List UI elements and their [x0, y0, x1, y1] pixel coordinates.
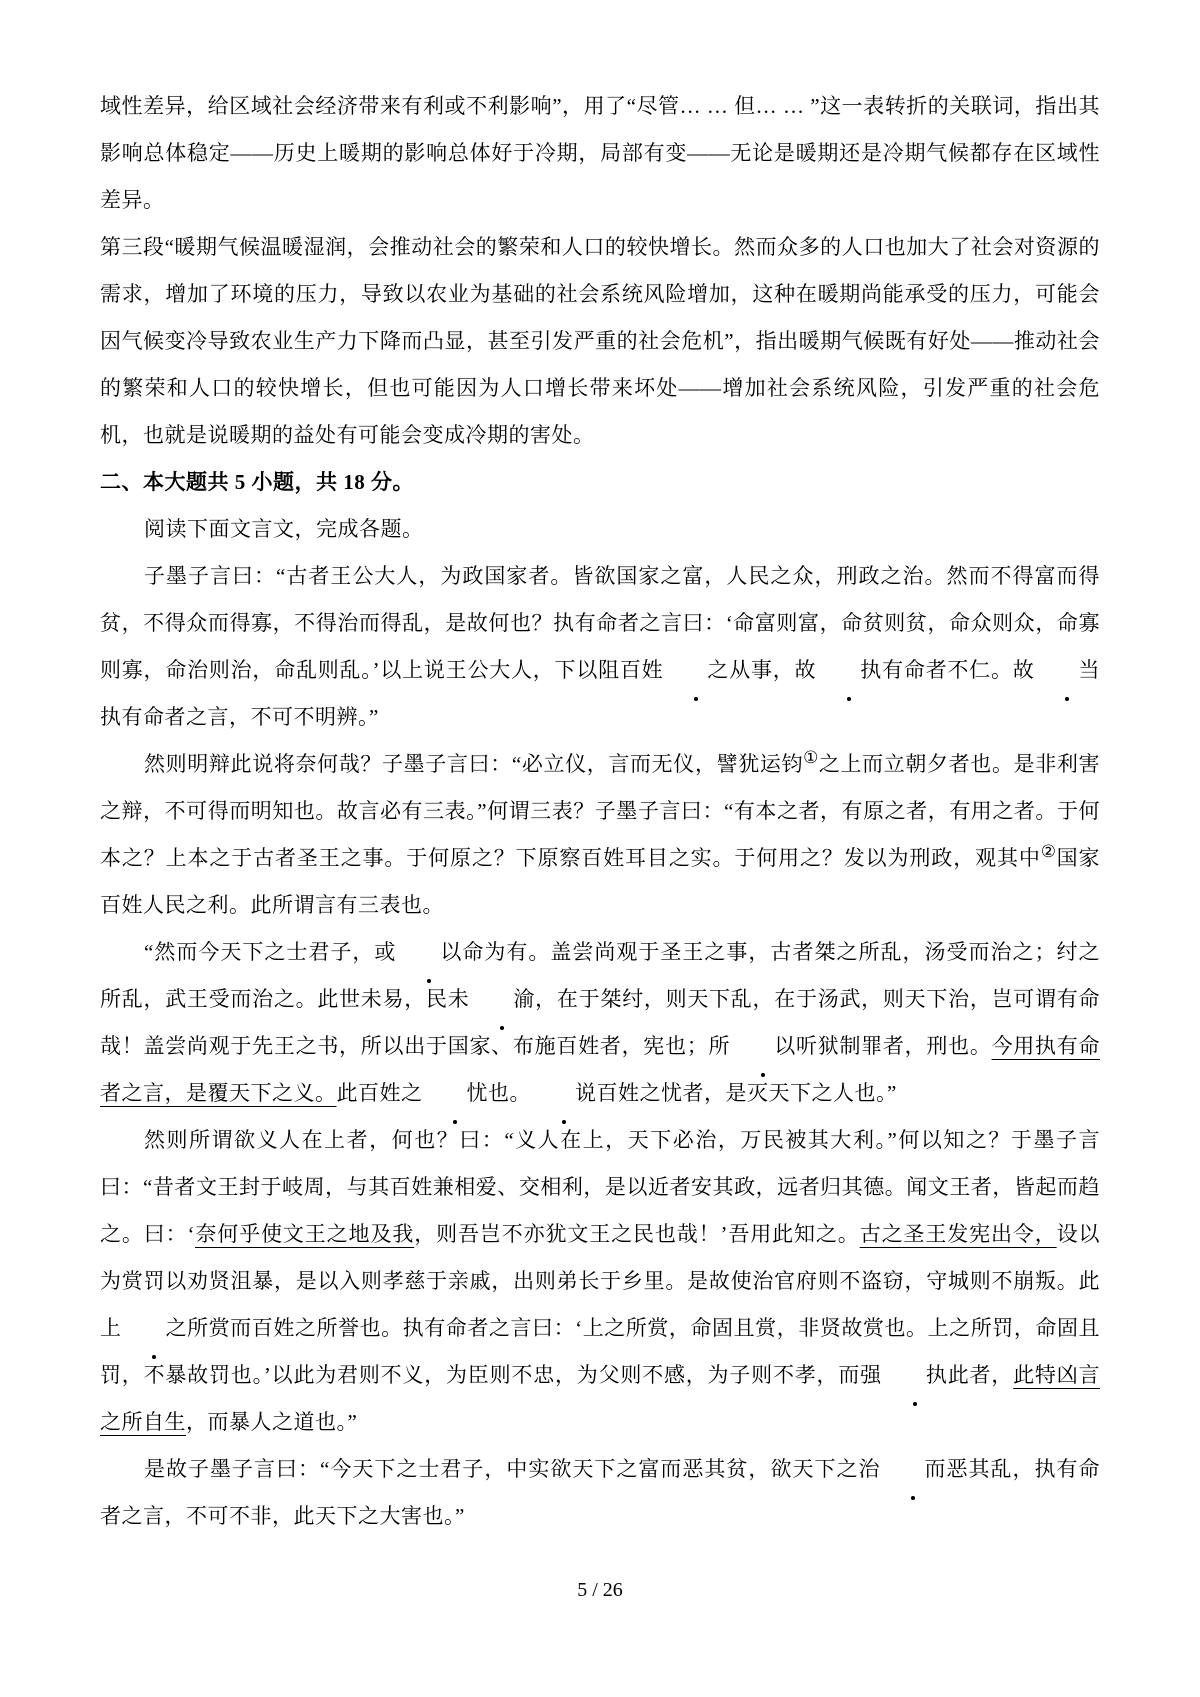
underlined-phrase: 奈何乎使文王之地及我 — [195, 1222, 414, 1246]
emphasized-char: 以 — [730, 1023, 796, 1070]
text-segment: 域性差异，给区域社会经济带来有利或不利影响”，用了“尽管… … 但… … ”这一… — [100, 94, 1100, 212]
text-segment: 执有命者之言，不可不明辨。” — [100, 705, 379, 729]
text-segment: 此者， — [947, 1363, 1013, 1387]
emphasized-char: 之 — [122, 1305, 188, 1352]
emphasized-char: 之 — [663, 647, 729, 694]
text-segment: 是故子墨子言曰：“今天下之士君子，中实欲天下之富而恶其贫，欲天下之治 — [144, 1457, 880, 1481]
paragraph: 是故子墨子言曰：“今天下之士君子，中实欲天下之富而恶其贫，欲天下之治而恶其乱，执… — [100, 1446, 1100, 1540]
emphasized-char: 渝 — [469, 976, 535, 1023]
text-segment: “然而今天下之士君子，或 — [144, 940, 396, 964]
text-segment: ，则吾岂不亦犹文王之民也哉！’吾用此知之。 — [414, 1222, 859, 1246]
paragraph: 第三段“暖期气候温暖湿润，会推动社会的繁荣和人口的较快增长。然而众多的人口也加大… — [100, 224, 1100, 459]
paragraph: 子墨子言曰：“古者王公大人，为政国家者。皆欲国家之富，人民之众，刑政之治。然而不… — [100, 553, 1100, 741]
text-segment: 有命者不仁。故 — [882, 658, 1035, 682]
text-segment: 从事，故 — [729, 658, 816, 682]
paragraph: 然则明辩此说将奈何哉？子墨子言曰：“必立仪，言而无仪，譬犹运钧①之上而立朝夕者也… — [100, 741, 1100, 929]
page-number: 5 / 26 — [0, 1575, 1200, 1605]
modern-text-block: 域性差异，给区域社会经济带来有利或不利影响”，用了“尽管… … 但… … ”这一… — [100, 83, 1100, 459]
footnote-marker: ① — [803, 748, 819, 767]
text-segment: 听狱制罪者，刑也。 — [796, 1034, 992, 1058]
paragraph: 域性差异，给区域社会经济带来有利或不利影响”，用了“尽管… … 但… … ”这一… — [100, 83, 1100, 224]
text-segment: ，而暴人之道也。” — [186, 1410, 357, 1434]
text-content: 域性差异，给区域社会经济带来有利或不利影响”，用了“尽管… … 但… … ”这一… — [100, 83, 1100, 1540]
text-segment: 百姓之忧者，是灭天下之人也。” — [597, 1081, 897, 1105]
underlined-phrase: 古之圣王发宪出令， — [860, 1222, 1057, 1246]
emphasized-char: 执 — [882, 1352, 948, 1399]
text-segment: 第三段“暖期气候温暖湿润，会推动社会的繁荣和人口的较快增长。然而众多的人口也加大… — [100, 235, 1100, 447]
footnote-marker: ② — [1041, 842, 1057, 861]
emphasized-char: 当 — [1035, 647, 1101, 694]
emphasized-char: 以 — [396, 929, 462, 976]
classical-text-block: 子墨子言曰：“古者王公大人，为政国家者。皆欲国家之富，人民之众，刑政之治。然而不… — [100, 553, 1100, 1540]
text-segment: 此百姓之 — [337, 1081, 423, 1105]
emphasized-char: 执 — [816, 647, 882, 694]
emphasized-char: 忧 — [423, 1070, 489, 1117]
paragraph: 然则所谓欲义人在上者，何也？曰：“义人在上，天下必治，万民被其大利。”何以知之？… — [100, 1117, 1100, 1446]
emphasized-char: 说 — [531, 1070, 597, 1117]
section-heading: 二、本大题共 5 小题，共 18 分。 — [100, 459, 1100, 506]
paragraph: “然而今天下之士君子，或以命为有。盖尝尚观于圣王之事，古者桀之所乱，汤受而治之；… — [100, 929, 1100, 1117]
text-segment: 然则明辩此说将奈何哉？子墨子言曰：“必立仪，言而无仪，譬犹运钧 — [144, 752, 803, 776]
document-page: 域性差异，给区域社会经济带来有利或不利影响”，用了“尽管… … 但… … ”这一… — [0, 0, 1200, 1697]
emphasized-char: 而 — [880, 1446, 946, 1493]
text-segment: 也。 — [488, 1081, 531, 1105]
instruction-line: 阅读下面文言文，完成各题。 — [100, 506, 1100, 553]
